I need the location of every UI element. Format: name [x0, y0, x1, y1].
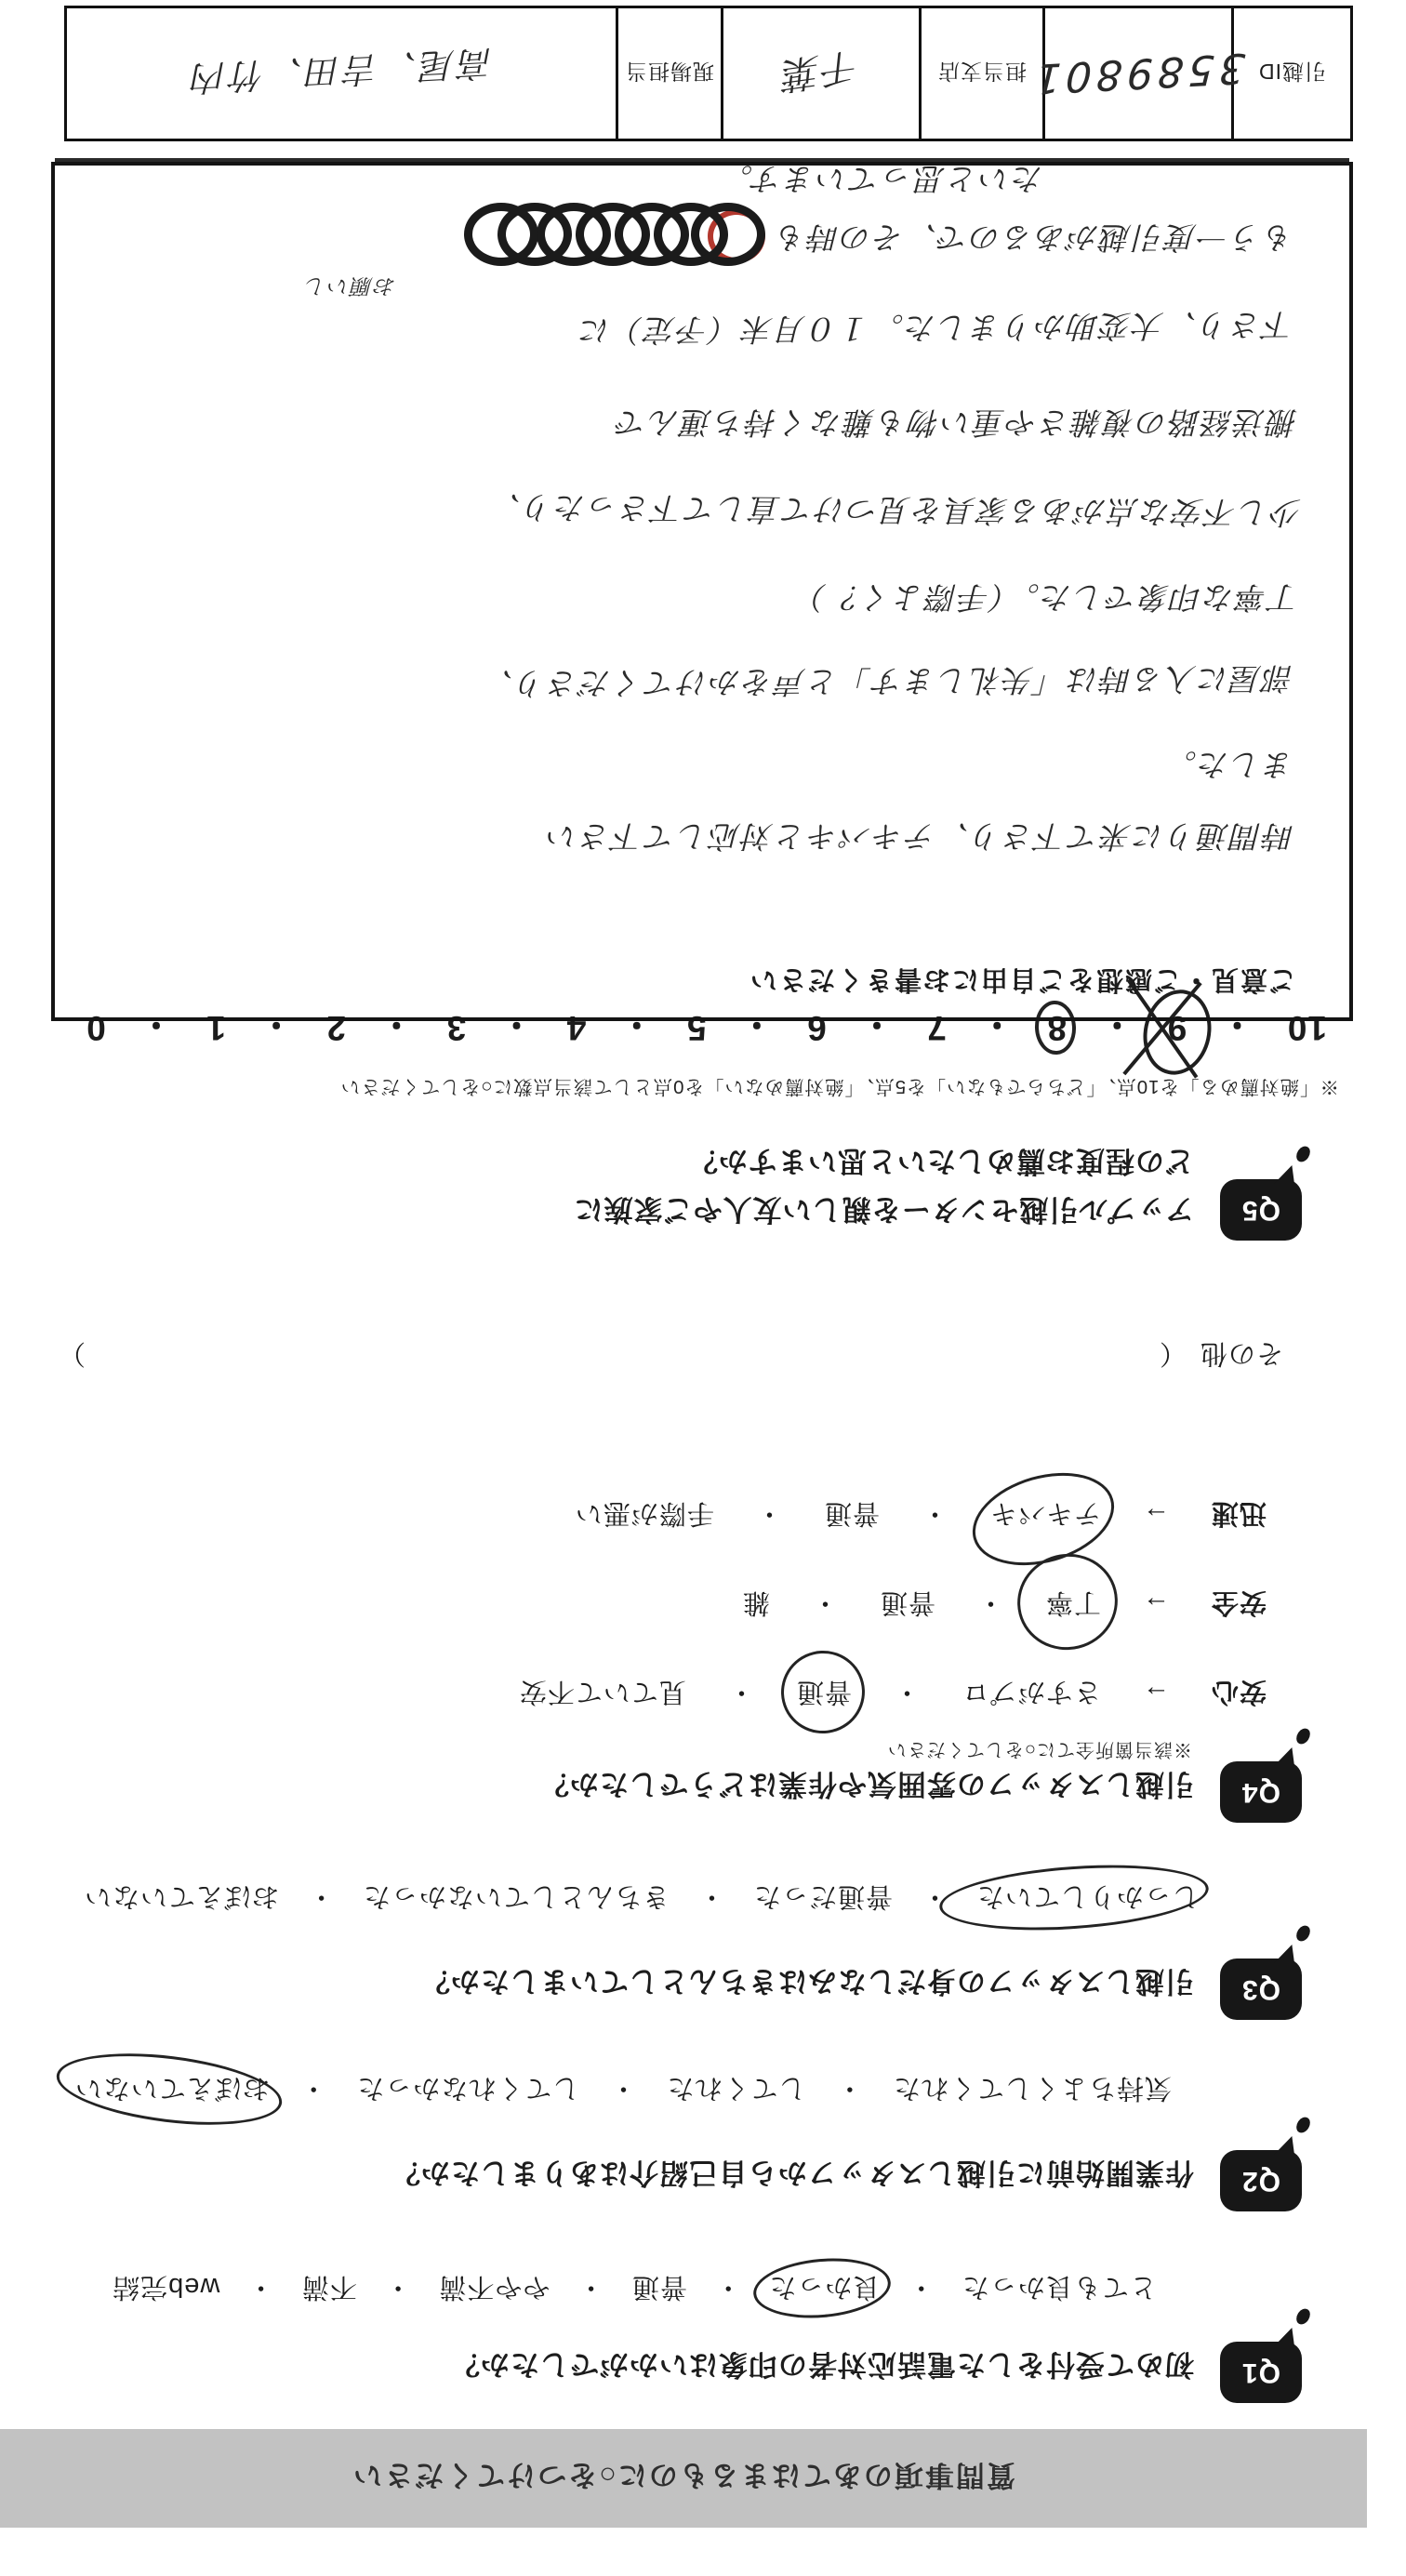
handwritten-line-8: もう一度引越があるので、その時も	[481, 216, 1294, 266]
q4-other-close-paren: ）	[58, 1336, 86, 1374]
q4-other-close: ）	[58, 1336, 86, 1374]
q1-option-3: 普通	[631, 2270, 687, 2308]
branch-label: 担当支店	[922, 8, 1045, 139]
q4-row2-option-1: 丁寧	[1045, 1587, 1101, 1617]
q4-row1-selected-circle: 普通	[796, 1675, 852, 1713]
separator-dot: ・	[307, 1879, 335, 1918]
q2-bubble-icon: Q2	[1220, 2150, 1302, 2211]
separator-dot: ・	[697, 1879, 725, 1918]
q1-label: Q1	[1241, 2357, 1280, 2388]
q3-title: 引越しスタッフの身だしなみはきちんとしていましたか？	[420, 1963, 1194, 2005]
q1-option-5: 不満	[301, 2270, 357, 2308]
q4-row2-option-2: 普通	[880, 1586, 935, 1624]
q4-row3-option-1: テキパキ	[989, 1498, 1101, 1528]
instruction-bar: 質問事項のあてはまるものに○をつけてください	[0, 2429, 1367, 2528]
q4-row2-option-3: 雑	[742, 1586, 770, 1624]
separator-dot: ・	[384, 2270, 412, 2308]
footer-id-table: 引越ID 3589801 担当支店 千葉 現場担当 高尾、吉田、竹内	[64, 6, 1353, 141]
handwritten-line-1: 時間通りに来て下さり、テキパキと対応して下さい	[546, 817, 1294, 860]
separator-dot: ・	[835, 2071, 863, 2109]
q4-row3-selected-circle: テキパキ	[989, 1496, 1101, 1534]
q3-bubble-icon: Q3	[1220, 1959, 1302, 2020]
q3-label: Q3	[1241, 1973, 1280, 2005]
separator-dot: ・	[577, 2270, 604, 2308]
q4-row3-option-3: 手際が悪い	[575, 1496, 714, 1534]
crew-label: 現場担当	[618, 8, 723, 139]
q4-row1-option-3: 見ていて不安	[519, 1675, 686, 1713]
q5-bubble-icon: Q5	[1220, 1179, 1302, 1241]
separator-dot: ・	[714, 2270, 742, 2308]
arrow-right-icon: →	[1142, 1679, 1170, 1709]
q1-option-2: 良かった	[768, 2272, 880, 2302]
q4-other-open-paren: （	[1159, 1336, 1187, 1374]
q4-row-anzen: 安全 → 丁寧 ・ 普通 ・ 雑	[742, 1586, 1267, 1624]
q4-other-row: その他 （	[1159, 1336, 1283, 1374]
separator-dot: ・	[246, 2270, 274, 2308]
q4-row-anshin: 安心 → さすがプロ ・ 普通 ・ 見ていて不安	[519, 1675, 1267, 1713]
handwritten-line-5: 少し不安な点がある家具を見つけて直して下さったり、	[488, 487, 1302, 537]
q3-option-4: おぼえていない	[84, 1879, 279, 1918]
q2-label: Q2	[1241, 2165, 1280, 2197]
q4-row3-label: 迅速	[1211, 1496, 1267, 1534]
handwritten-line-4: 丁寧な印象でした。（手際よく？）	[795, 578, 1301, 621]
separator-dot: ・	[811, 1586, 839, 1624]
separator-dot: ・	[755, 1496, 783, 1534]
q4-bubble-icon: Q4	[1220, 1761, 1302, 1823]
q3-option-2: 普通だった	[753, 1879, 893, 1918]
q1-title: 初めて受付をした電話応対者の印象はいかがでしたか？	[450, 2346, 1194, 2388]
q5-title-line1: アップル引越センターを親しい友人やご家族に	[574, 1191, 1194, 1233]
handwritten-line-3: 部屋に入る時は「失礼します」と声をかけてくださり、	[481, 658, 1294, 708]
q4-row1-option-1: さすがプロ	[962, 1675, 1101, 1713]
q4-note: ※該当箇所全てに○をしてください	[887, 1738, 1192, 1765]
q4-row1-option-2: 普通	[796, 1677, 852, 1706]
q2-option-4: おぼえていない	[74, 2073, 270, 2103]
q3-options: しっかりしていた ・ 普通だった ・ きちんとしていなかった ・ おぼえていない	[84, 1879, 1200, 1918]
q2-options: 気持ちよくしてくれた ・ してくれた ・ してくれなかった ・ おぼえていない	[74, 2071, 1172, 2109]
crew-value-cell: 高尾、吉田、竹内	[67, 8, 618, 139]
q2-option-3: してくれなかった	[356, 2071, 579, 2109]
q4-row3-option-2: 普通	[824, 1496, 880, 1534]
comment-box-header: ご意見・ご感想をご自由にお書きください	[749, 963, 1296, 1001]
handwritten-line-7: 下さり、大変助かりました。１０月末（予定）に	[578, 305, 1294, 355]
q2-title: 作業開始前に引越しスタッフから自己紹介はありましたか？	[391, 2155, 1194, 2197]
arrow-right-icon: →	[1142, 1589, 1170, 1620]
arrow-right-icon: →	[1142, 1500, 1170, 1531]
q4-label: Q4	[1241, 1776, 1280, 1808]
handwritten-line-8-text: もう一度引越があるので、その時も	[775, 219, 1294, 256]
separator-dot: ・	[976, 1586, 1004, 1624]
handwritten-insertion: お願いし	[303, 272, 396, 303]
separator-dot: ・	[609, 2071, 637, 2109]
handwritten-line-2: ました。	[1164, 745, 1294, 789]
q4-row1-label: 安心	[1211, 1675, 1267, 1713]
instruction-text: 質問事項のあてはまるものに○をつけてください	[351, 2458, 1015, 2500]
q4-title: 引越しスタッフの雰囲気や作業はどうでしたか？	[539, 1766, 1194, 1808]
q4-row2-label: 安全	[1211, 1586, 1267, 1624]
branch-value-cell: 千葉	[723, 8, 922, 139]
crew-handwritten: 高尾、吉田、竹内	[188, 40, 495, 106]
q5-note: ※「絶対薦める」を10点、「どちらでもない」を5点、「絶対薦めない」を0点として…	[340, 1075, 1339, 1103]
separator-dot: ・	[893, 1675, 921, 1713]
q3-option-3: きちんとしていなかった	[363, 1879, 670, 1918]
move-id-label: 引越ID	[1234, 8, 1350, 139]
q1-option-6: web完結	[112, 2270, 219, 2308]
q2-selected-circle: おぼえていない	[74, 2071, 270, 2109]
q1-option-1: とても良かった	[962, 2270, 1157, 2308]
q4-row-jinsoku: 迅速 → テキパキ ・ 普通 ・ 手際が悪い	[575, 1496, 1267, 1534]
handwritten-line-6: 搬送経路の複雑さや重い物も難なく持ち運んで	[615, 403, 1298, 446]
q1-option-4: やや不満	[438, 2270, 550, 2308]
q3-option-1: しっかりしていた	[976, 1881, 1200, 1911]
separator-dot: ・	[907, 2270, 935, 2308]
move-id-value-cell: 3589801	[1045, 8, 1234, 139]
scribbled-out-word	[481, 216, 765, 266]
q1-bubble-icon: Q1	[1220, 2342, 1302, 2403]
move-id-handwritten: 3589801	[1029, 44, 1246, 102]
handwritten-line-9: たいと思っています。	[721, 159, 1043, 203]
q1-selected-circle: 良かった	[768, 2270, 880, 2308]
q2-option-1: 気持ちよくしてくれた	[893, 2071, 1172, 2109]
separator-dot: ・	[299, 2071, 327, 2109]
scanned-survey-sheet: 質問事項のあてはまるものに○をつけてください Q1 初めて受付をした電話応対者の…	[0, 0, 1406, 2576]
separator-dot: ・	[727, 1675, 755, 1713]
q3-selected-circle: しっかりしていた	[976, 1879, 1200, 1918]
q5-label: Q5	[1241, 1194, 1280, 1226]
q1-options: とても良かった ・ 良かった ・ 普通 ・ やや不満 ・ 不満 ・ web完結	[112, 2270, 1157, 2308]
branch-handwritten: 千葉	[778, 42, 863, 105]
q5-title-line2: どの程度お薦めしたいと思いますか？	[688, 1143, 1194, 1185]
q4-row2-selected-circle: 丁寧	[1045, 1586, 1101, 1624]
separator-dot: ・	[921, 1496, 948, 1534]
q2-option-2: してくれた	[667, 2071, 806, 2109]
q4-other-label: その他	[1200, 1336, 1283, 1374]
